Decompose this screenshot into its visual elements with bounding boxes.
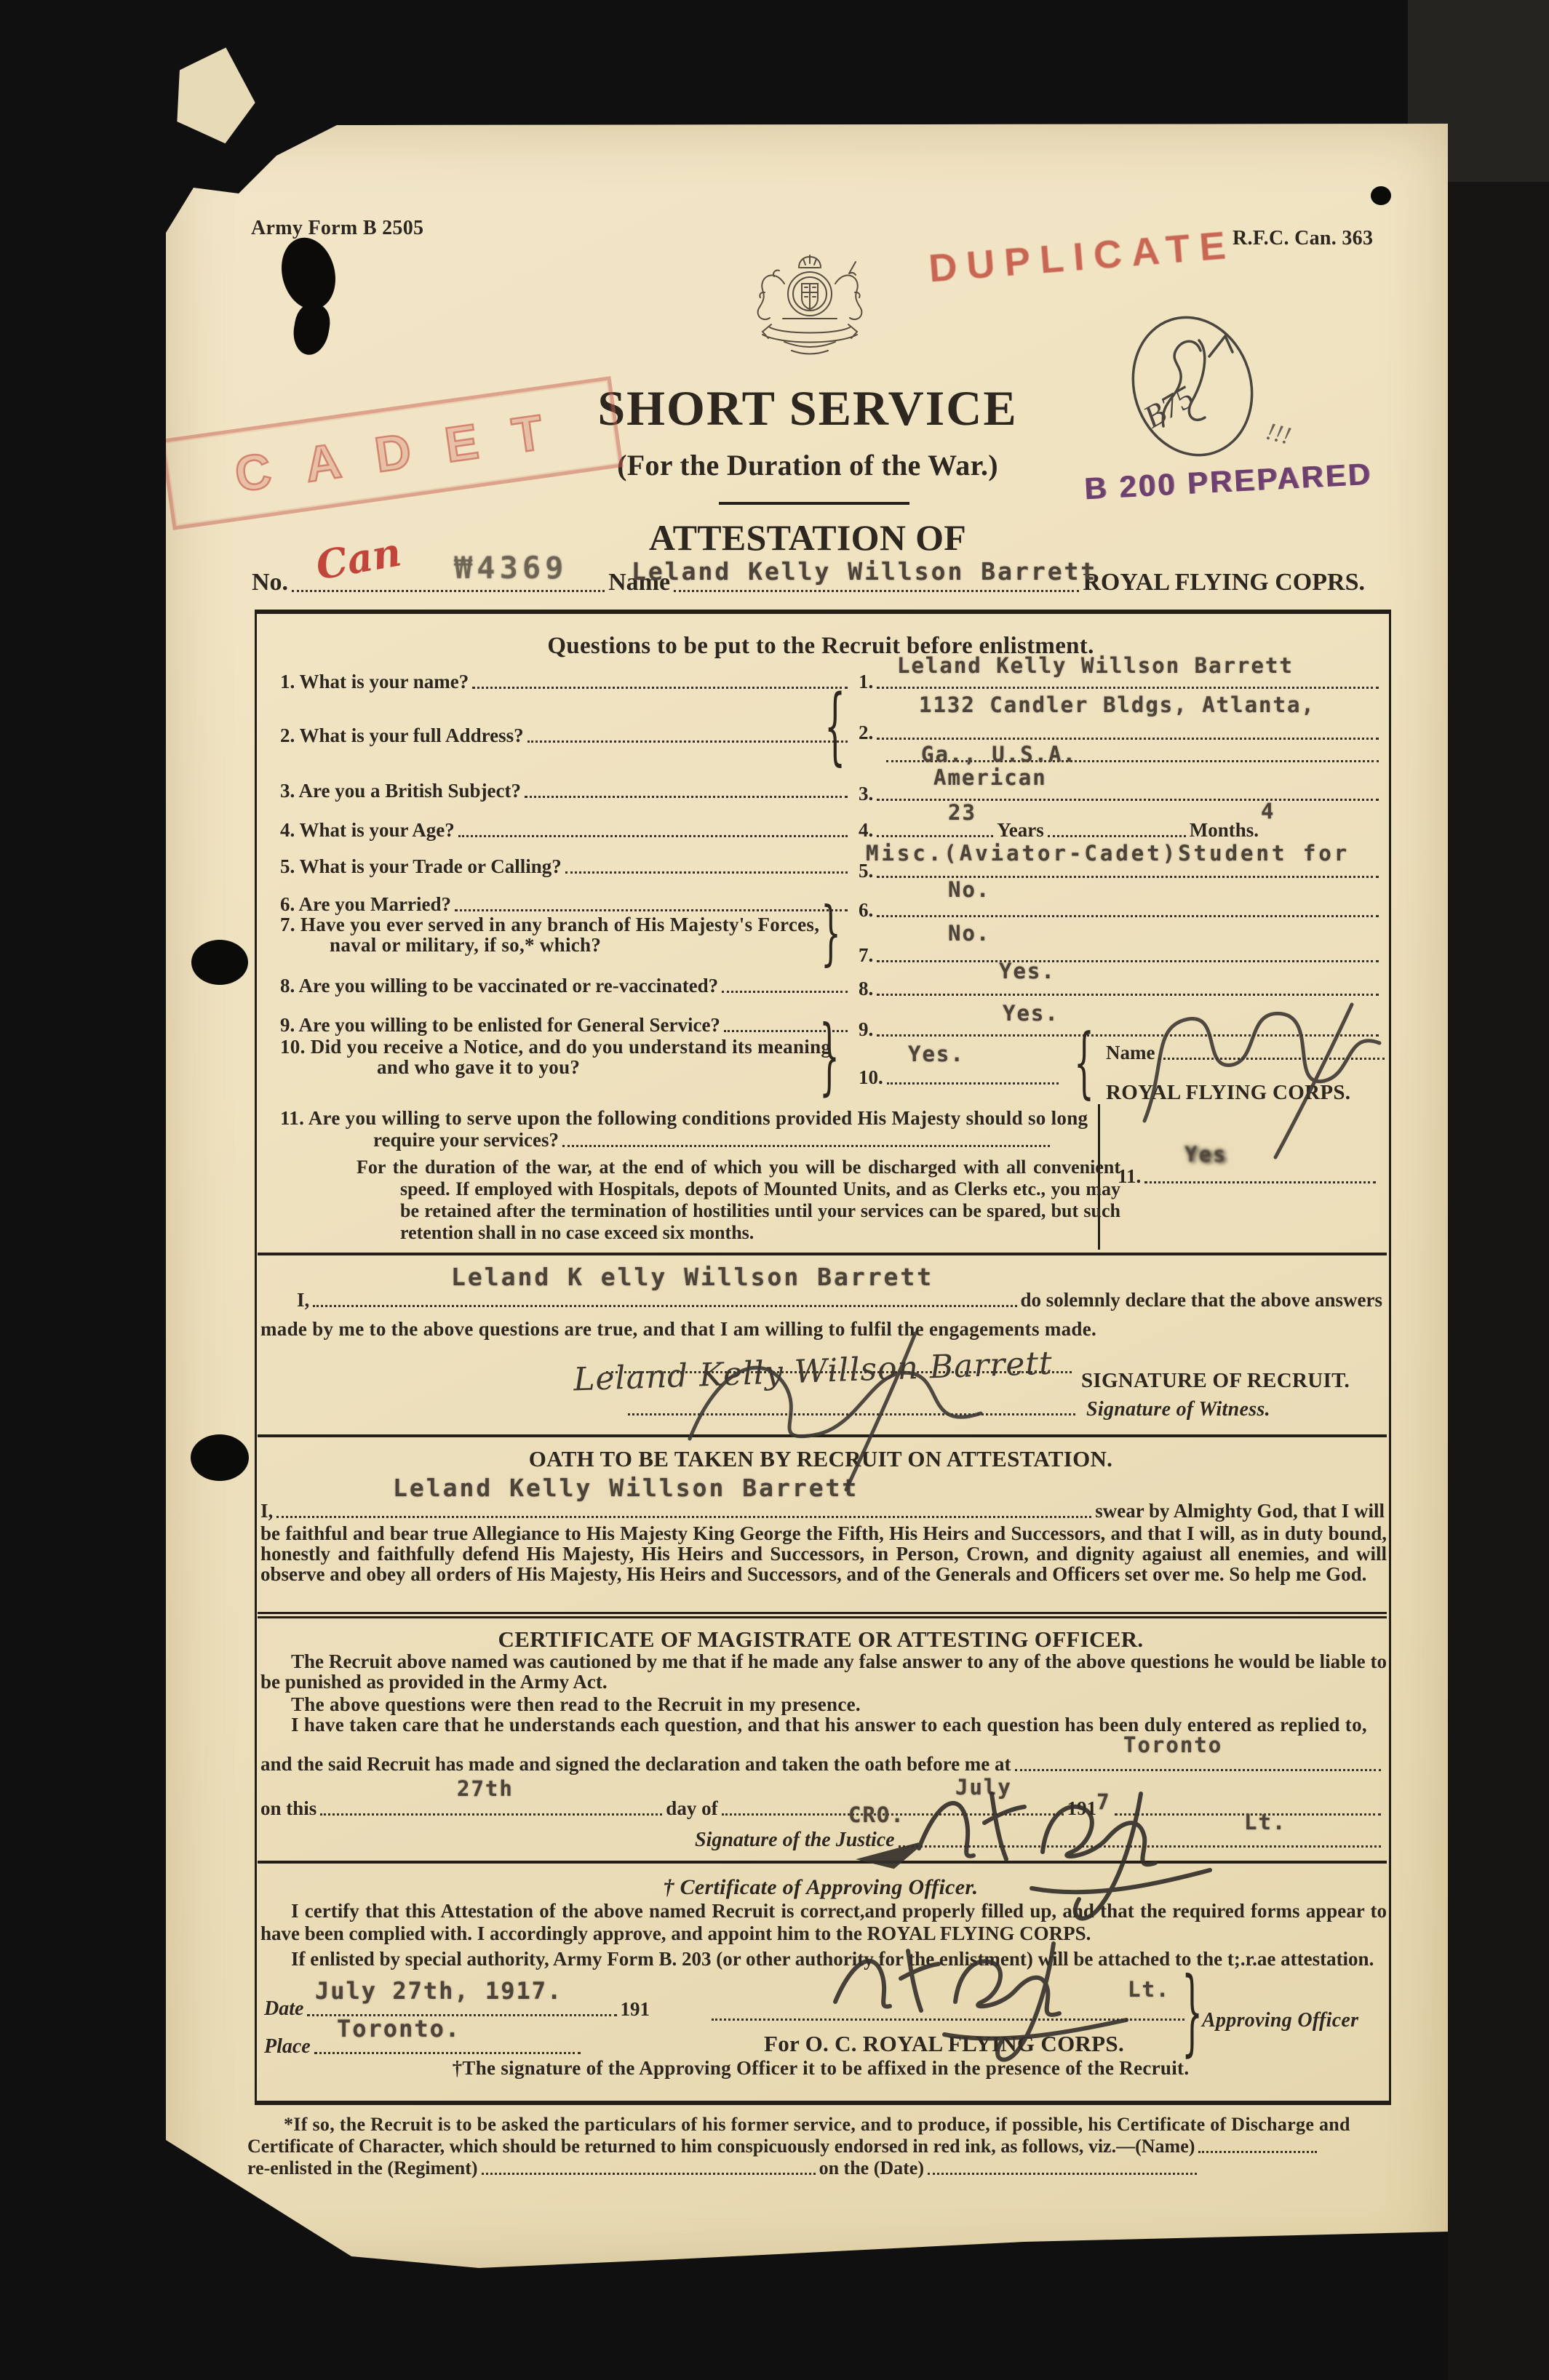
pencil-circle-annotation: B75 [1123,310,1262,470]
oath-body: be faithful and bear true Allegiance to … [260,1523,1387,1584]
q9-answer-number: 9. [859,1018,873,1041]
q7-answer-typed: No. [948,921,990,946]
footer-line2-row: Certificate of Character, which should b… [247,2136,1321,2157]
declaration-i-row: I, do solemnly declare that the above an… [297,1289,1382,1311]
punch-hole-lower [191,1434,249,1481]
q8-label: 8. Are you willing to be vaccinated or r… [280,975,718,997]
punch-hole-upper [191,940,248,985]
approving-officer-label: Approving Officer [1202,2009,1358,2032]
q11-label-line1: 11. Are you willing to serve upon the fo… [280,1107,1088,1130]
oath-i-label: I, [260,1500,273,1522]
q7-answer-row: 7. [859,944,1382,967]
q3-label: 3. Are you a British Subject? [280,780,521,802]
day-of-label: day of [666,1797,717,1820]
footer-regiment-label: re-enlisted in the (Regiment) [247,2157,478,2179]
footer-name-dots [1198,2150,1317,2153]
on-this-label: on this [260,1797,316,1820]
attestation-typed-name: Leland Kelly Willson Barrett [632,557,1097,586]
q6-label: 6. Are you Married? [280,893,451,916]
q4-dots [458,834,848,837]
q9-label: 9. Are you willing to be enlisted for Ge… [280,1014,720,1037]
declaration-typed-name: Leland K elly Willson Barrett [451,1263,933,1291]
footer-line2: Certificate of Character, which should b… [247,2136,1195,2157]
corps-name: ROYAL FLYING COPRS. [1083,569,1365,596]
form-number: Army Form B 2505 [251,217,423,240]
q8-answer-number: 8. [859,978,873,1000]
oath-after-text: swear by Almighty God, that I will [1095,1500,1385,1522]
q10-answer-typed: Yes. [908,1042,965,1066]
q1-label-row: 1. What is your name? [280,671,851,693]
q7-brace: } [821,892,841,974]
magistrate-p1: The Recruit above named was cautioned by… [260,1651,1387,1692]
q2-answer-number: 2. [859,722,873,744]
q3-dots [525,795,848,798]
section-rule-3 [258,1612,1387,1618]
q4-label-row: 4. What is your Age? [280,819,851,842]
q10-answer-dots [887,1082,1059,1085]
declaration-name-dots [313,1304,1016,1307]
magistrate-p2: The above questions were then read to th… [291,1693,861,1716]
q1-answer-typed: Leland Kelly Willson Barrett [897,653,1294,678]
place-label: Place [264,2035,311,2058]
q6-dots [455,909,848,911]
magistrate-heading: CERTIFICATE OF MAGISTRATE OR ATTESTING O… [255,1626,1387,1653]
declaration-i-label: I, [297,1289,309,1311]
q4-years-label: Years [997,819,1043,842]
q2-dots [527,740,848,743]
signature-of-recruit-label: SIGNATURE OF RECRUIT. [1081,1369,1350,1393]
justice-lt-typed: Lt. [1244,1810,1286,1834]
name-dotted-line [674,589,1079,592]
q6-answer-row: 6. [859,899,1382,922]
date-printed: 191 [621,1998,650,2021]
q2-answer-row: 2. [859,722,1382,744]
q1-dots [472,686,848,689]
q11-answer-number: 11. [1118,1165,1141,1188]
q5-dots [565,871,848,874]
q2-label-row: 2. What is your full Address? [280,724,851,747]
q8-dots [722,990,848,993]
footer-regiment-dots [482,2172,816,2175]
q11-answer-row: 11. [1118,1165,1379,1188]
footer-date-label: on the (Date) [819,2157,924,2179]
declaration-after-text: do solemnly declare that the above answe… [1021,1289,1382,1311]
ink-blot [274,232,343,315]
q4-months-dots [1048,834,1186,837]
attestation-form-page: Army Form B 2505 DUPLICATE R.F.C. Can. 3… [166,124,1448,2277]
typed-service-number: ₩4369 [454,550,568,586]
q11-answer-dots [1144,1181,1376,1183]
q7-answer-dots [877,959,1379,962]
q9-answer-typed: Yes. [1003,1001,1059,1026]
q11-dots [562,1144,1050,1147]
q10-label-line1: 10. Did you receive a Notice, and do you… [280,1036,831,1058]
q11-conditions: For the duration of the war, at the end … [357,1157,1120,1244]
duplicate-stamp: DUPLICATE [927,223,1237,292]
q5-answer-typed: Misc.(Aviator-Cadet)Student for [866,841,1350,866]
q2-answer-dots [877,737,1379,740]
q3-answer-typed: American [933,765,1047,790]
q4-months-typed: 4 [1261,799,1275,823]
place-dots [314,2051,581,2054]
attestation-heading: ATTESTATION OF [240,516,1375,559]
approving-place-typed: Toronto. [337,2015,461,2042]
q1-label: 1. What is your name? [280,671,469,693]
q3-answer-number: 3. [859,783,873,805]
q6-answer-typed: No. [948,877,990,902]
approving-officer-signature [813,1914,1163,2060]
q10-brace-close: } [819,1009,840,1106]
q2-answer-typed-1: 1132 Candler Bldgs, Atlanta, [919,692,1315,717]
approving-footnote: †The signature of the Approving Officer … [255,2057,1387,2080]
magistrate-day-typed: 27th [457,1776,514,1801]
q10-label-line2: and who gave it to you? [377,1056,580,1079]
signature-of-witness-label: Signature of Witness. [1086,1398,1270,1421]
witness-signature [675,1322,988,1490]
q5-label: 5. What is your Trade or Calling? [280,855,562,878]
q2-label: 2. What is your full Address? [280,724,524,747]
q5-label-row: 5. What is your Trade or Calling? [280,855,851,878]
section-rule-1 [258,1253,1387,1255]
q4-answer-row: 4. Years Months. [859,819,1382,842]
q6-answer-dots [877,914,1379,917]
q10-answer-row: 10. [859,1066,1062,1089]
no-label: No. [252,569,288,596]
q4-answer-number: 4. [859,819,873,842]
footer-date-dots [928,2172,1197,2175]
notice-giver-signature [1134,986,1388,1161]
approving-brace: } [1182,1956,1203,2066]
scan-background-right [1448,0,1549,2380]
ink-blot-small [290,301,333,357]
footer-line1: *If so, the Recruit is to be asked the p… [284,2114,1350,2136]
day-dots [320,1813,662,1816]
royal-coat-of-arms-icon [741,249,879,365]
q2-brace: { [824,676,845,775]
q6-answer-number: 6. [859,899,873,922]
justice-signature [850,1750,1228,1925]
q11-label-line2: require your services? [373,1129,559,1151]
oath-i-row: I, swear by Almighty God, that I will [260,1500,1385,1522]
rfc-reference: R.F.C. Can. 363 [1233,227,1373,250]
ink-dot-top-right [1371,186,1391,205]
title-rule [719,502,909,505]
torn-paper-fragment [169,40,264,147]
approving-date-typed: July 27th, 1917. [315,1977,562,2005]
q2-answer-typed-2: Ga., U.S.A. [921,742,1077,767]
q11-label-row2: require your services? [373,1129,1054,1151]
footer-line3-row: re-enlisted in the (Regiment) on the (Da… [247,2157,1200,2179]
oath-name-dots [276,1515,1091,1518]
q4-age-typed: 23 [948,800,976,825]
q9-label-row: 9. Are you willing to be enlisted for Ge… [280,1014,851,1037]
q7-label-line2: naval or military, if so,* which? [330,934,601,957]
q8-answer-typed: Yes. [999,959,1056,983]
q10-brace-open: { [1074,1018,1094,1107]
q4-label: 4. What is your Age? [280,819,455,842]
q1-answer-dots [877,686,1379,689]
no-dotted-line [292,589,605,592]
q1-answer-number: 1. [859,671,873,693]
q8-label-row: 8. Are you willing to be vaccinated or r… [280,975,851,997]
q7-answer-number: 7. [859,944,873,967]
q7-label-line1: 7. Have you ever served in any branch of… [280,914,819,936]
q10-answer-number: 10. [859,1066,883,1089]
q3-label-row: 3. Are you a British Subject? [280,780,851,802]
q4-months-label: Months. [1190,819,1259,842]
date-label: Date [264,1997,303,2021]
q6-label-row: 6. Are you Married? [280,893,851,916]
q4-years-dots [877,834,993,837]
